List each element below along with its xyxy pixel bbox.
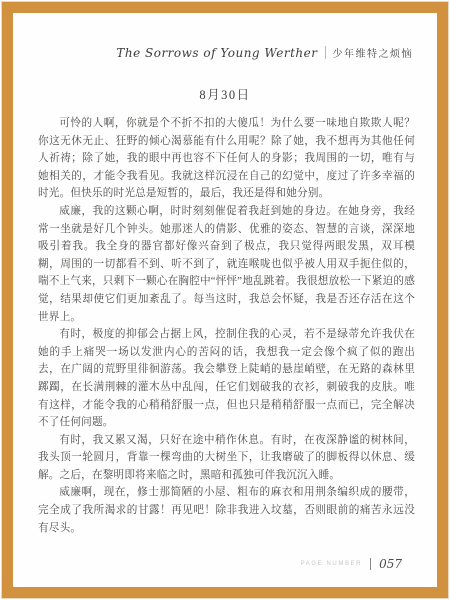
page-number-label: PAGE NUMBER bbox=[301, 561, 363, 567]
book-title-chinese: 少年维特之烦恼 bbox=[333, 45, 414, 60]
book-title-english: The Sorrows of Young Werther bbox=[116, 46, 317, 60]
paragraph: 有时，我又累又渴，只好在途中稍作休息。有时，在夜深静谧的树林间，我头顶一轮圆月，… bbox=[38, 432, 415, 485]
header-divider bbox=[325, 46, 326, 59]
paragraph: 可怜的人啊，你就是个不折不扣的大傻瓜！为什么要一味地自欺欺人呢？你这无休无止、狂… bbox=[38, 115, 415, 203]
footer-divider bbox=[370, 558, 371, 570]
paragraph: 威廉啊，现在，修士那简陋的小屋、粗布的麻衣和用荆条编织成的腰带，完全成了我所渴求… bbox=[38, 484, 415, 537]
entry-date-heading: 8月30日 bbox=[13, 85, 437, 103]
page-content: The Sorrows of Young Werther 少年维特之烦恼 8月3… bbox=[13, 13, 437, 587]
paragraph: 威廉，我的这颗心啊，时时刻刻催促着我赶到她的身边。在她身旁，我经常一坐就是好几个… bbox=[38, 203, 415, 326]
book-page: The Sorrows of Young Werther 少年维特之烦恼 8月3… bbox=[0, 0, 450, 600]
page-footer: PAGE NUMBER 057 bbox=[301, 557, 402, 571]
paragraph: 有时，极度的抑郁会占据上风，控制住我的心灵，若不是绿蒂允许我伏在她的手上痛哭一场… bbox=[38, 326, 415, 432]
entry-body: 可怜的人啊，你就是个不折不扣的大傻瓜！为什么要一味地自欺欺人呢？你这无休无止、狂… bbox=[38, 115, 415, 537]
running-header: The Sorrows of Young Werther 少年维特之烦恼 bbox=[116, 45, 413, 60]
page-number: 057 bbox=[379, 557, 402, 571]
